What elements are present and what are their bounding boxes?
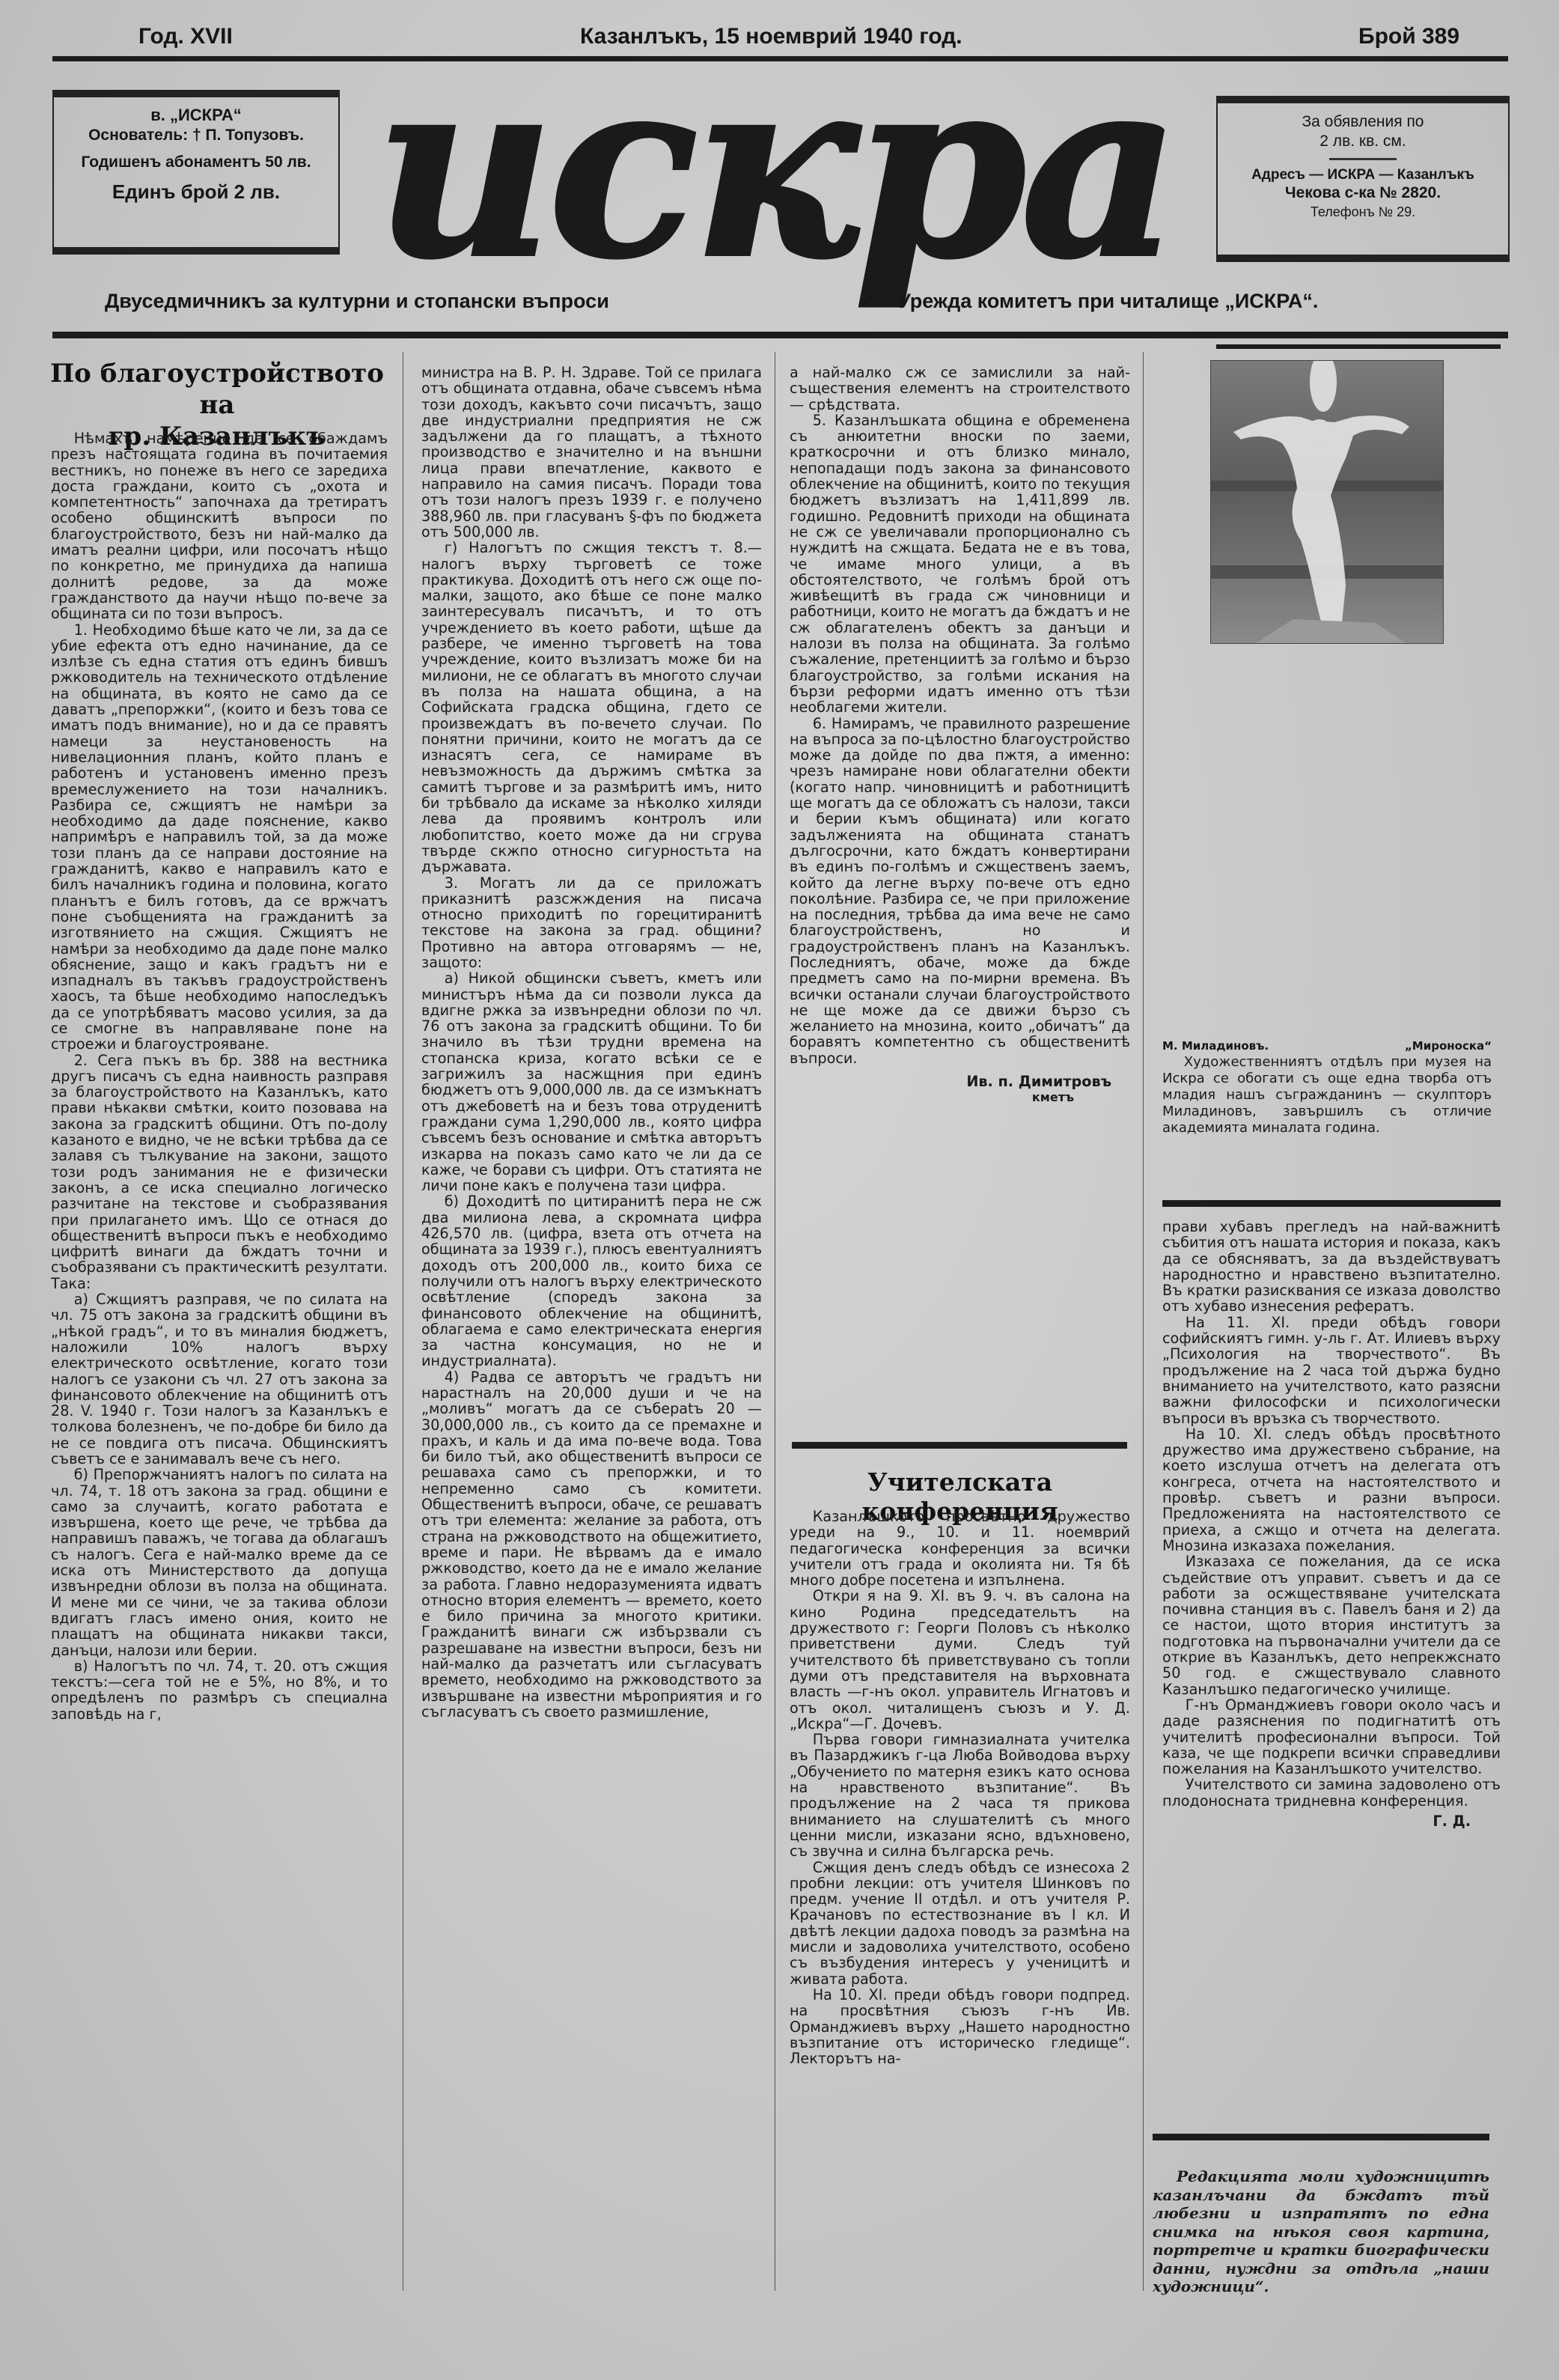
svg-text:искра: искра [375,60,1175,313]
issue-number: Брой 389 [1358,24,1459,49]
article-divider [792,1442,1127,1449]
paragraph: Художественниятъ отдѣлъ при музея на Иск… [1162,1054,1492,1136]
paragraph: министра на В. Р. Н. Здраве. Той се прил… [421,365,762,540]
tagline-left: Двуседмичникъ за културни и стопански въ… [105,290,609,313]
paragraph: 4) Радва се авторътъ че градътъ ни нарас… [421,1369,762,1720]
feature-divider [1162,1200,1501,1207]
paragraph: Учителството си замина задоволено отъ пл… [1162,1777,1501,1809]
photo-feature-text: Художественниятъ отдѣлъ при музея на Иск… [1162,1054,1492,1136]
article-column-1: Нѣмахъ намѣрение да се обаждамъ презъ на… [51,430,388,1722]
paragraph: 1. Необходимо бѣше като че ли, за да се … [51,622,388,1053]
signature-title: кметъ [790,1089,1130,1105]
paragraph: Първа говори гимназиалната учителка въ П… [790,1732,1130,1859]
paragraph: Изказаха се пожелания, да се иска съдейс… [1162,1553,1501,1697]
dateline: Казанлъкъ, 15 ноемврий 1940 год. [580,24,962,49]
paragraph: 3. Могатъ ли да се приложатъ приказнитѣ … [421,875,762,971]
newspaper-title-logo: искра [352,60,1198,314]
conference-signature: Г. Д. [1162,1813,1501,1829]
conference-column-4: прави хубавъ прегледъ на най-важнитѣ съб… [1162,1219,1501,1829]
paragraph: 5. Казанлъшката община е обременена съ а… [790,413,1130,716]
paper-name: в. „ИСКРА“ [54,105,338,126]
paragraph: Казанлъшкото просвѣтно дружество уреди н… [790,1509,1130,1588]
year-label: Год. XVII [138,24,233,49]
founder: Основатель: † П. Топузовъ. [54,126,338,145]
paragraph: а) Сжщиятъ разправя, че по силата на чл.… [51,1291,388,1467]
masthead-bottom-rule [52,332,1508,338]
editorial-notice: Редакцията моли художницитѣ казанлъчани … [1153,2167,1489,2296]
paragraph: На 10. XI. следъ обѣдъ просвѣтното друже… [1162,1426,1501,1553]
paragraph: 6. Намирамъ, че правилното разрешение на… [790,716,1130,1067]
notice-text: Редакцията моли художницитѣ казанлъчани … [1153,2167,1489,2296]
sculpture-photo [1210,360,1444,644]
paragraph: Сжщия денъ следъ обѣдъ се изнесоха 2 про… [790,1860,1130,1987]
tagline-right: Урежда комитетъ при читалище „ИСКРА“. [898,290,1318,313]
article-column-2: министра на В. Р. Н. Здраве. Той се прил… [421,365,762,1720]
caption-title: „Мироноска“ [1405,1039,1492,1053]
column-separator [775,352,775,2291]
photo-top-rule [1216,344,1501,349]
postal-account: Чекова с-ка № 2820. [1218,183,1508,203]
notice-divider [1153,2134,1489,2140]
box-divider [1329,158,1397,160]
address: Адресъ — ИСКРА — Казанлъкъ [1218,166,1508,184]
caption-author: М. Миладиновъ. [1162,1039,1269,1053]
telephone: Телефонъ № 29. [1218,204,1508,221]
paragraph: б) Доходитѣ по цитиранитѣ пера не сж два… [421,1193,762,1369]
column-separator [403,352,403,2291]
ads-contact-box: За обявления по 2 лв. кв. см. Адресъ — И… [1216,96,1510,262]
paragraph: в) Налогътъ по чл. 74, т. 20. отъ сжщия … [51,1658,388,1722]
photo-caption: М. Миладиновъ. „Мироноска“ [1162,1039,1492,1053]
column-separator [1143,352,1144,2291]
paragraph: г) Налогътъ по сжщия текстъ т. 8.—налогъ… [421,540,762,874]
sculpture-figure-icon [1211,361,1443,643]
paragraph: б) Препоржчаниятъ налогъ по силата на чл… [51,1467,388,1658]
paragraph: На 11. XI. преди обѣдъ говори софийският… [1162,1315,1501,1426]
single-issue-price: Единъ брой 2 лв. [54,180,338,204]
paragraph: Г-нъ Орманджиевъ говори около часъ и дад… [1162,1697,1501,1777]
subscription-box: в. „ИСКРА“ Основатель: † П. Топузовъ. Го… [52,90,340,255]
paragraph: а най-малко сж се замислили за най-същес… [790,365,1130,413]
paragraph: На 10. XI. преди обѣдъ говори подпред. н… [790,1987,1130,2066]
article-column-3: а най-малко сж се замислили за най-същес… [790,365,1130,1106]
paragraph: Откри я на 9. XI. въ 9. ч. въ салона на … [790,1588,1130,1732]
paragraph: а) Никой общински съветъ, кметъ или мини… [421,970,762,1193]
paragraph: 2. Сега пъкъ въ бр. 388 на вестника друг… [51,1053,388,1291]
conference-column-3: Казанлъшкото просвѣтно дружество уреди н… [790,1509,1130,2066]
ad-rate-line2: 2 лв. кв. см. [1218,132,1508,151]
masthead-top-line: Год. XVII Казанлъкъ, 15 ноемврий 1940 го… [30,24,1497,54]
paragraph: прави хубавъ прегледъ на най-важнитѣ съб… [1162,1219,1501,1315]
annual-subscription: Годишенъ абонаментъ 50 лв. [54,153,338,172]
checkmark-icon: ✓ [861,290,878,313]
paragraph: Нѣмахъ намѣрение да се обаждамъ презъ на… [51,430,388,622]
headline-line-1: По благоустройството на [45,358,389,421]
signature-name: Ив. п. Димитровъ [790,1074,1130,1089]
ad-rate-line1: За обявления по [1218,112,1508,132]
